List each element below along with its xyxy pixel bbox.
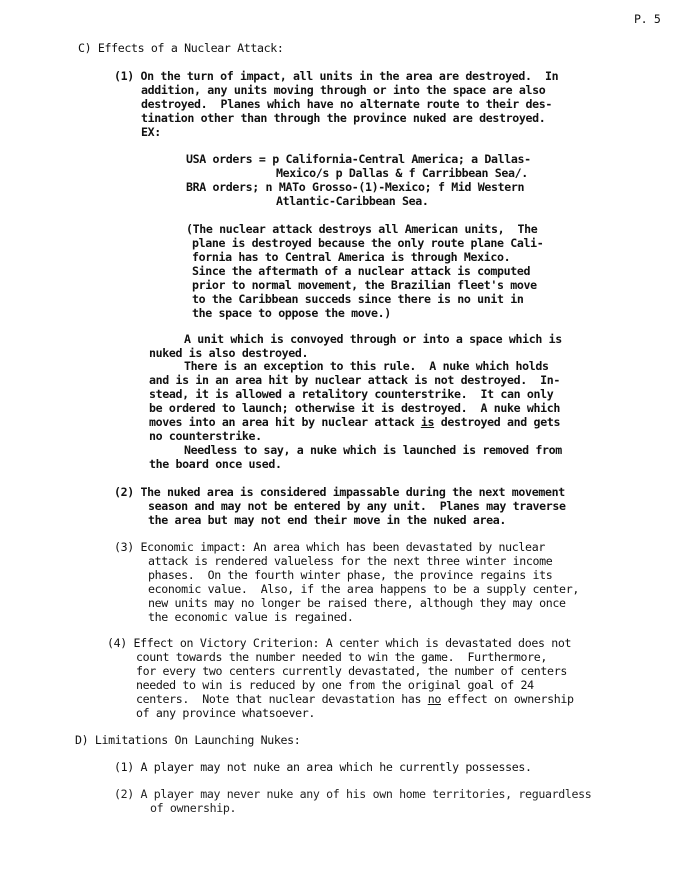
text-line: plane is destroyed because the only rout… (192, 237, 543, 250)
section-d-heading: D) Limitations On Launching Nukes: (75, 734, 300, 747)
text-line: BRA orders; n MATo Grosso-(1)-Mexico; f … (186, 181, 524, 194)
text-line: A unit which is convoyed through or into… (184, 333, 562, 346)
text-line: the board once used. (149, 458, 282, 471)
page-number: P. 5 (634, 13, 661, 26)
text-line: count towards the number needed to win t… (136, 651, 547, 664)
text-line: Mexico/s p Dallas & f Carribbean Sea/. (276, 167, 528, 180)
text-line: economic value. Also, if the area happen… (148, 583, 579, 596)
section-d-item-1: (1) A player may not nuke an area which … (114, 761, 532, 774)
text-line: tination other than through the province… (141, 112, 545, 125)
text-line: the economic value is regained. (148, 611, 354, 624)
text-line: of any province whatsoever. (136, 707, 315, 720)
text-line: prior to normal movement, the Brazilian … (192, 279, 537, 292)
text-segment: destroyed and gets (434, 415, 560, 429)
text-segment: effect on ownership (441, 692, 574, 706)
text-line: and is in an area hit by nuclear attack … (149, 374, 560, 387)
text-line: Since the aftermath of a nuclear attack … (192, 265, 530, 278)
text-line: the space to oppose the move.) (192, 307, 391, 320)
text-line: (2) A player may never nuke any of his o… (114, 788, 591, 801)
text-line: attack is rendered valueless for the nex… (148, 555, 552, 568)
emphasis-underline: is (421, 415, 434, 429)
text-line: season and may not be entered by any uni… (148, 500, 566, 513)
text-line: (2) The nuked area is considered impassa… (114, 486, 565, 499)
emphasis-underline: no (428, 692, 441, 706)
text-line: centers. Note that nuclear devastation h… (136, 693, 574, 706)
text-line: There is an exception to this rule. A nu… (184, 360, 549, 373)
section-c-heading: C) Effects of a Nuclear Attack: (78, 42, 284, 55)
text-line: moves into an area hit by nuclear attack… (149, 416, 560, 429)
text-line: no counterstrike. (149, 430, 262, 443)
text-line: (4) Effect on Victory Criterion: A cente… (107, 637, 571, 650)
text-segment: moves into an area hit by nuclear attack (149, 415, 421, 429)
text-line: Needless to say, a nuke which is launche… (184, 444, 562, 457)
text-line: (The nuclear attack destroys all America… (186, 223, 537, 236)
text-line: destroyed. Planes which have no alternat… (141, 98, 552, 111)
text-line: phases. On the fourth winter phase, the … (148, 569, 552, 582)
text-line: (1) On the turn of impact, all units in … (114, 70, 558, 83)
text-line: be ordered to launch; otherwise it is de… (149, 402, 560, 415)
text-line: fornia has to Central America is through… (192, 251, 510, 264)
text-line: of ownership. (150, 802, 236, 815)
text-line: to the Caribbean succeds since there is … (192, 293, 524, 306)
text-line: Atlantic-Caribbean Sea. (276, 195, 429, 208)
text-line: needed to win is reduced by one from the… (136, 679, 534, 692)
text-line: (3) Economic impact: An area which has b… (114, 541, 545, 554)
text-line: the area but may not end their move in t… (148, 514, 506, 527)
text-line: new units may no longer be raised there,… (148, 597, 566, 610)
text-line: EX: (141, 126, 161, 139)
text-line: USA orders = p California-Central Americ… (186, 153, 531, 166)
text-line: addition, any units moving through or in… (141, 84, 545, 97)
text-line: for every two centers currently devastat… (136, 665, 567, 678)
text-segment: centers. Note that nuclear devastation h… (136, 692, 428, 706)
text-line: stead, it is allowed a retalitory counte… (149, 388, 553, 401)
